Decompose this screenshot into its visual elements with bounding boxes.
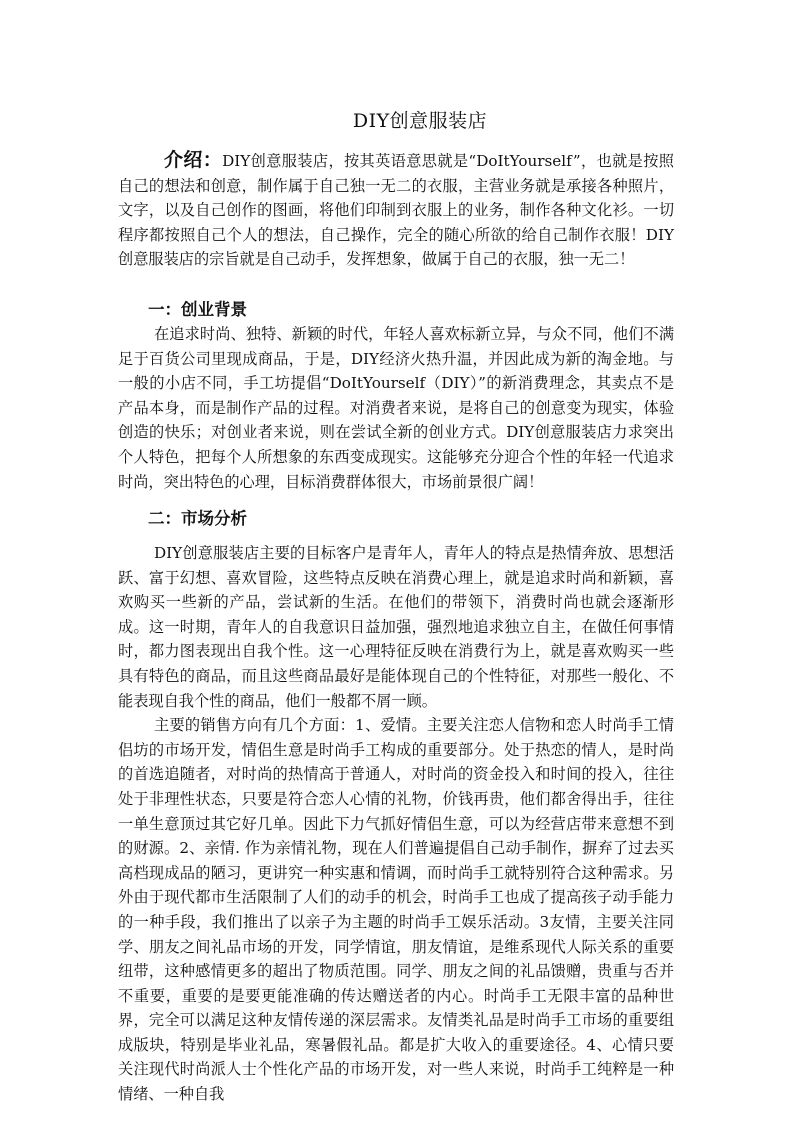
section-heading-background: 一：创业背景	[148, 296, 247, 320]
paragraph: 在追求时尚、独特、新颖的时代，年轻人喜欢标新立异，与众不同，他们不满足于百货公司…	[118, 322, 674, 494]
paragraph: 主要的销售方向有几个方面：1、爱情。主要关注恋人信物和恋人时尚手工情侣坊的市场开…	[118, 713, 674, 1107]
section-body-market-analysis: DIY创意服装店主要的目标客户是青年人，青年人的特点是热情奔放、思想活跃、富于幻…	[118, 541, 674, 1107]
document-title: DIY创意服装店	[0, 106, 800, 133]
intro-paragraph: 介绍：DIY创意服装店，按其英语意思就是“DoItYourself”，也就是按照…	[118, 148, 674, 272]
document-page: DIY创意服装店 介绍：DIY创意服装店，按其英语意思就是“DoItYourse…	[0, 0, 800, 1132]
section-heading-market-analysis: 二：市场分析	[148, 505, 247, 529]
intro-label: 介绍：	[164, 149, 222, 171]
paragraph: DIY创意服装店主要的目标客户是青年人，青年人的特点是热情奔放、思想活跃、富于幻…	[118, 541, 674, 713]
section-body-background: 在追求时尚、独特、新颖的时代，年轻人喜欢标新立异，与众不同，他们不满足于百货公司…	[118, 322, 674, 494]
